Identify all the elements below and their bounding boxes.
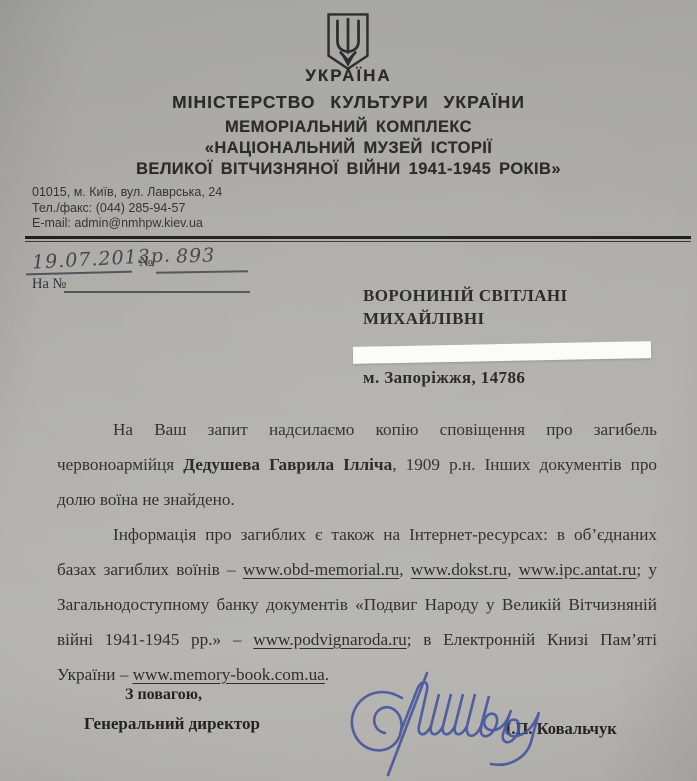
reply-to-number-label: На № bbox=[32, 276, 66, 293]
signer-job-title: Генеральний директор bbox=[84, 714, 260, 734]
org-address: 01015, м. Київ, вул. Лаврська, 24 bbox=[32, 185, 222, 201]
link-obd-memorial: www.obd-memorial.ru bbox=[243, 560, 399, 579]
ukraine-tryzub-emblem-icon bbox=[318, 12, 378, 72]
letterhead-divider-thin bbox=[25, 241, 691, 242]
org-name-line2: «НАЦІОНАЛЬНИЙ МУЗЕЙ ІСТОРІЇ bbox=[0, 139, 697, 158]
ministry-name: МІНІСТЕРСТВО КУЛЬТУРИ УКРАЇНИ bbox=[0, 92, 697, 113]
org-name-line1: МЕМОРІАЛЬНИЙ КОМПЛЕКС bbox=[0, 118, 697, 137]
soldier-name: Дедушева Гаврила Ілліча bbox=[183, 455, 392, 474]
redacted-address-bar bbox=[353, 341, 651, 364]
link-podvignaroda: www.podvignaroda.ru bbox=[253, 630, 407, 649]
org-name-line3: ВЕЛИКОЇ ВІТЧИЗНЯНОЇ ВІЙНИ 1941-1945 РОКІ… bbox=[0, 160, 697, 179]
number-underline bbox=[156, 270, 248, 273]
contact-block: 01015, м. Київ, вул. Лаврська, 24 Тел./ф… bbox=[32, 185, 222, 232]
addressee-block: ВОРОНИНІЙ СВІТЛАНІ МИХАЙЛІВНІ bbox=[363, 284, 568, 330]
handwritten-outgoing-number: 893 bbox=[176, 244, 216, 267]
link-ipc-antat: www.ipc.antat.ru bbox=[519, 560, 637, 579]
link-separator: , bbox=[507, 560, 519, 579]
letter-body: На Ваш запит надсилаємо копію сповіщення… bbox=[57, 412, 657, 692]
addressee-city: м. Запоріжжя, 14786 bbox=[363, 368, 525, 388]
closing-phrase: З повагою, bbox=[125, 686, 202, 704]
paragraph-request-answer: На Ваш запит надсилаємо копію сповіщення… bbox=[57, 412, 657, 517]
link-memory-book: www.memory-book.com.ua bbox=[133, 665, 325, 684]
p2-period: . bbox=[325, 665, 329, 684]
addressee-name-line2: МИХАЙЛІВНІ bbox=[363, 307, 568, 330]
link-dokst: www.dokst.ru bbox=[411, 560, 507, 579]
letterhead-divider-thick bbox=[25, 236, 691, 239]
org-phone: Тел./факс: (044) 285-94-57 bbox=[32, 201, 222, 217]
reply-number-blank-line bbox=[64, 291, 250, 293]
link-separator: , bbox=[399, 560, 411, 579]
signer-name: І.П. Ковальчук bbox=[505, 719, 617, 739]
org-email: E-mail: admin@nmhpw.kiev.ua bbox=[32, 216, 222, 232]
number-sign: № bbox=[139, 254, 153, 271]
paragraph-internet-resources: Інформація про загиблих є також на Інтер… bbox=[57, 517, 657, 692]
addressee-name-line1: ВОРОНИНІЙ СВІТЛАНІ bbox=[363, 284, 568, 307]
country-name: УКРАЇНА bbox=[0, 66, 697, 86]
scanned-letter-page: УКРАЇНА МІНІСТЕРСТВО КУЛЬТУРИ УКРАЇНИ МЕ… bbox=[0, 0, 697, 781]
